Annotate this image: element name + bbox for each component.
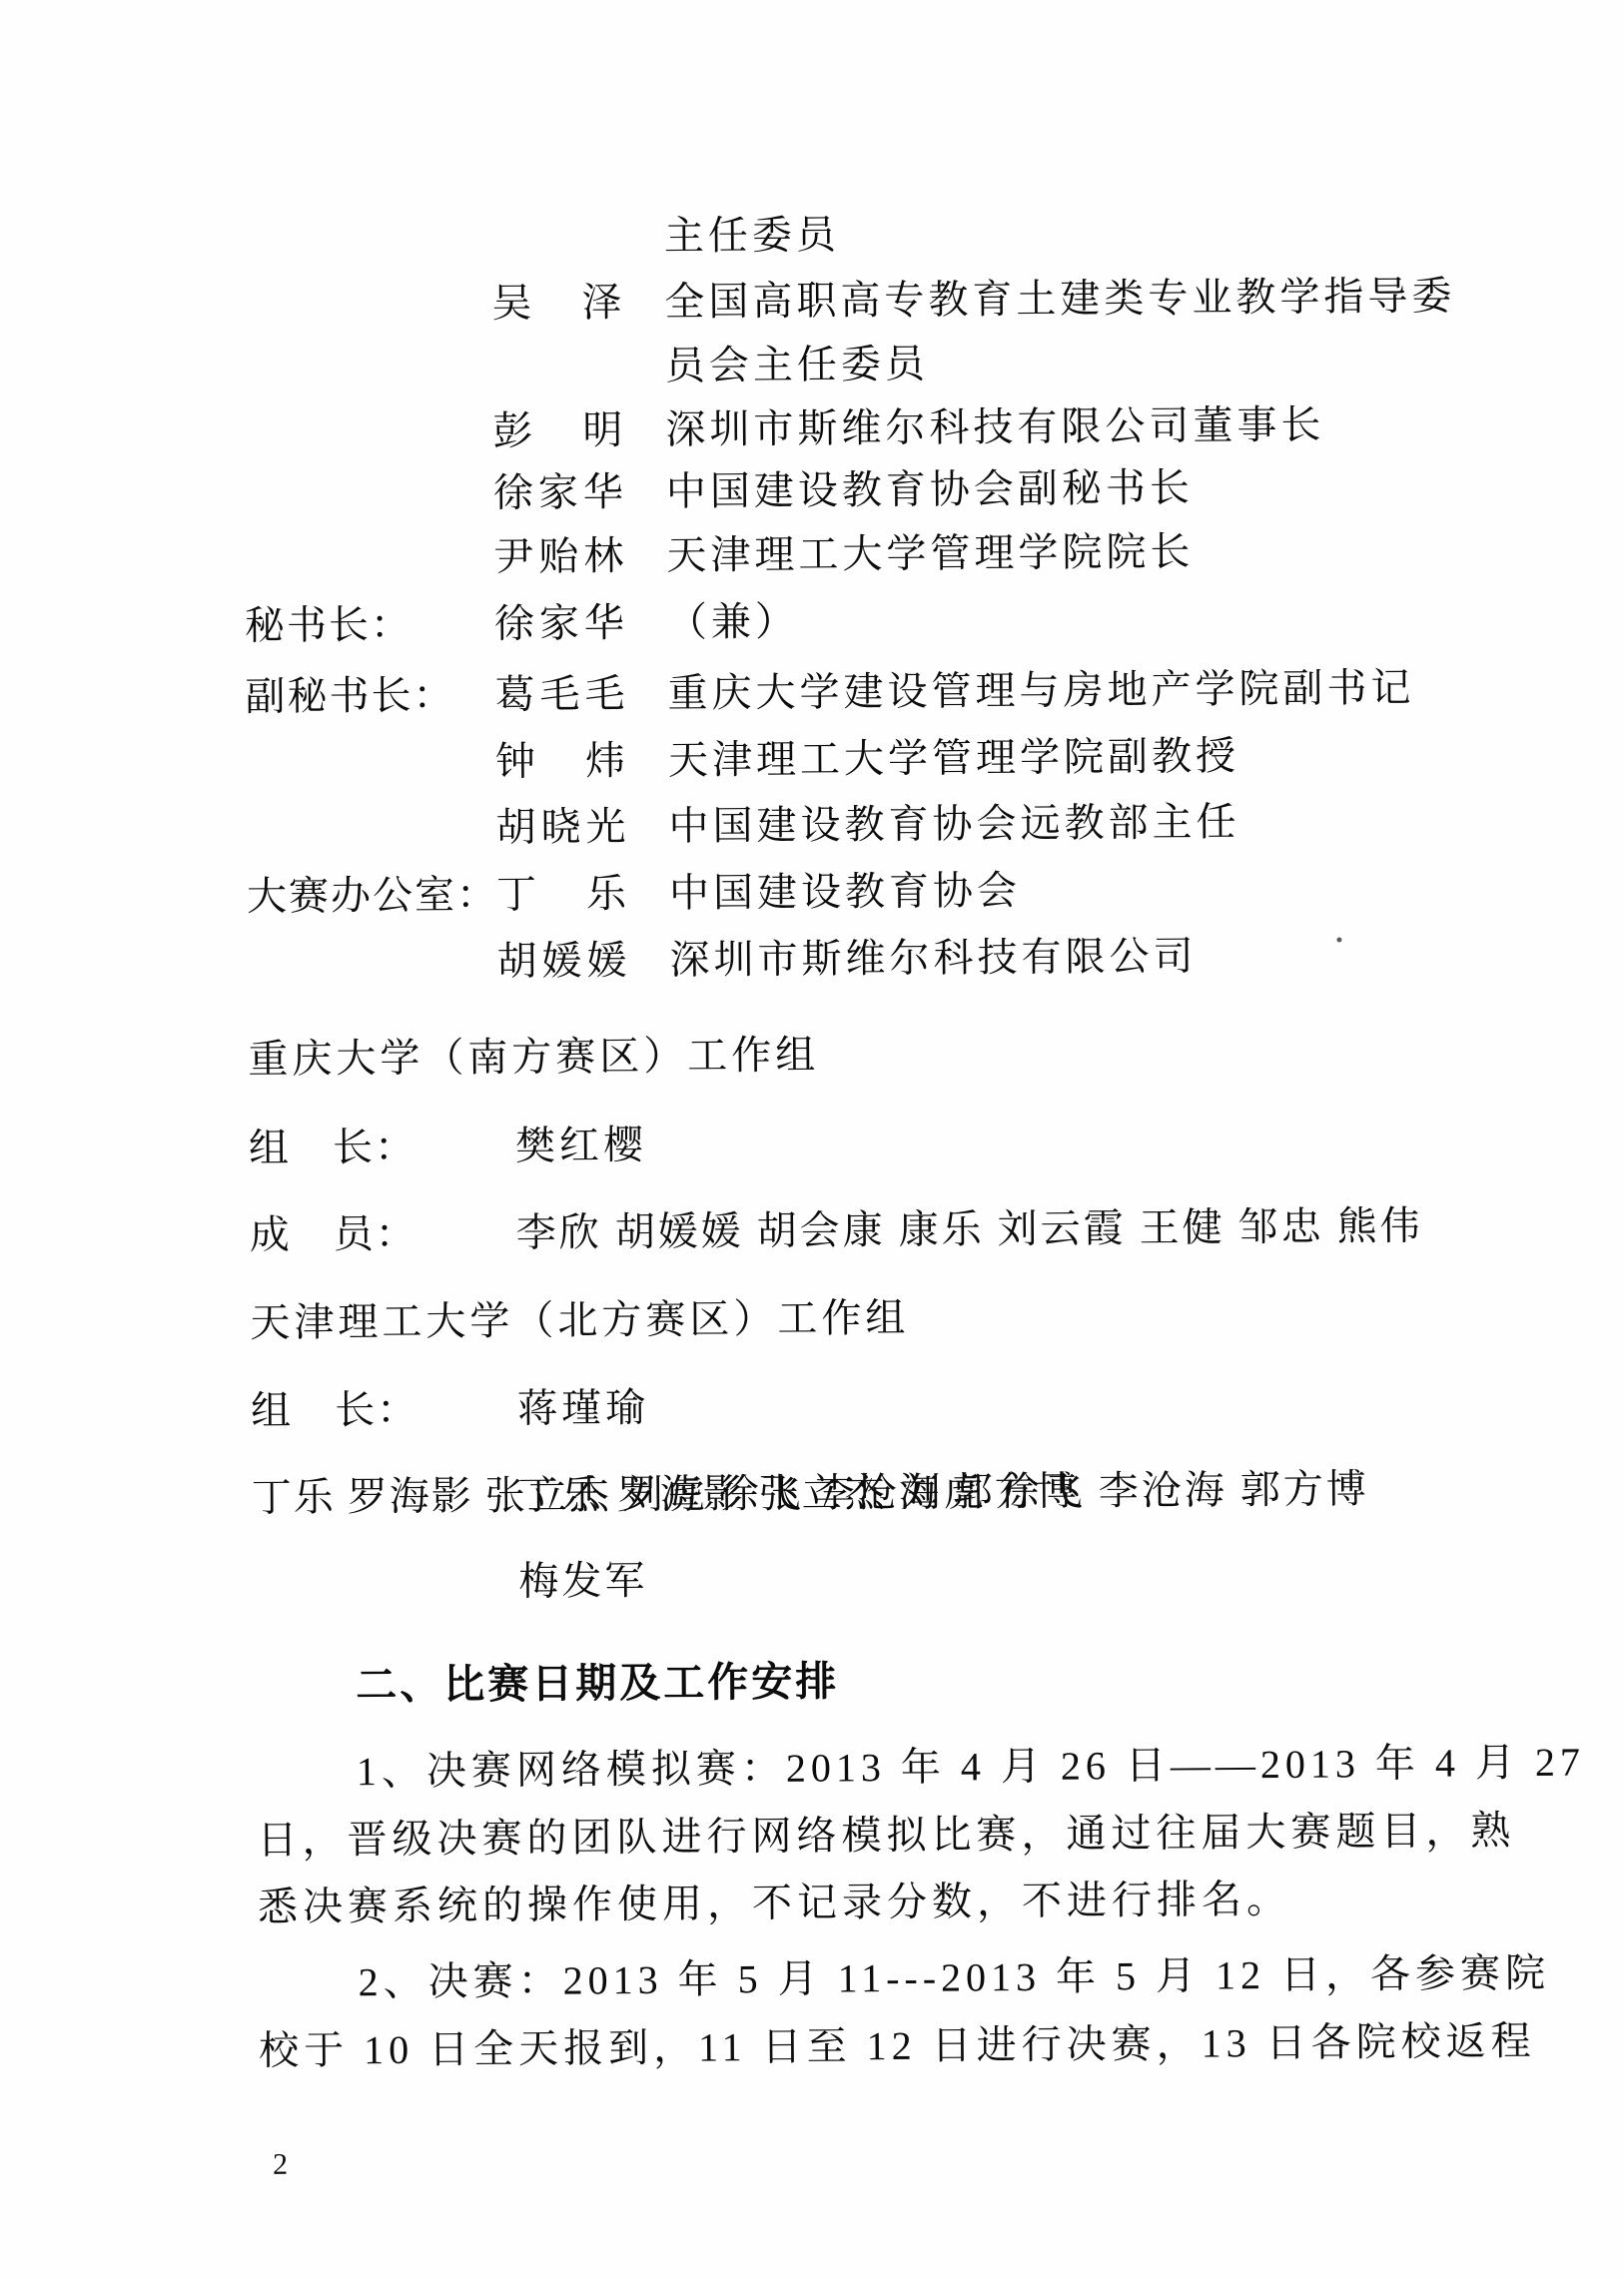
roster-row: 秘书长：徐家华（兼） bbox=[245, 589, 800, 659]
person-desc: （兼） bbox=[667, 599, 799, 645]
page-number: 2 bbox=[273, 2145, 288, 2185]
person-desc: 中国建设教育协会远教部主任 bbox=[668, 799, 1239, 848]
role-label bbox=[243, 335, 493, 402]
person-name: 彭 明 bbox=[492, 397, 623, 464]
roster-row: 钟 炜天津理工大学管理学院副教授 bbox=[246, 723, 1239, 797]
person-name: 吴 泽 bbox=[491, 270, 622, 337]
role-label: 大赛办公室： bbox=[247, 862, 497, 930]
members-names: 李欣 胡媛媛 胡会康 康乐 刘云霞 王健 邹忠 熊伟 bbox=[516, 1203, 1423, 1255]
person-name: 胡晓光 bbox=[495, 794, 626, 861]
person-desc: 主任委员 bbox=[664, 212, 840, 258]
members-names: 丁乐 罗海影 张立杰 刘虎 徐飞 李沧海 郭方博 bbox=[518, 1466, 1369, 1518]
person-name: 钟 炜 bbox=[495, 728, 626, 795]
person-desc: 深圳市斯维尔科技有限公司 bbox=[669, 934, 1197, 983]
person-desc: 中国建设教育协会 bbox=[669, 868, 1021, 916]
paragraph-line: 日，晋级决赛的团队进行网络模拟比赛，通过往届大赛题目，熟 bbox=[257, 1798, 1515, 1874]
group-members-row: 丁乐 罗海影 张立杰 刘虎 徐飞 李沧海 郭方博 bbox=[252, 1456, 1369, 1531]
person-desc: 中国建设教育协会副秘书长 bbox=[666, 465, 1194, 514]
person-name: 徐家华 bbox=[494, 590, 625, 657]
group-leader-row: 组 长：蒋瑾瑜 bbox=[251, 1375, 650, 1444]
role-label bbox=[242, 271, 492, 339]
person-name: 尹贻林 bbox=[493, 523, 624, 590]
leader-label: 组 长： bbox=[249, 1114, 516, 1181]
leader-label: 组 长： bbox=[251, 1376, 518, 1444]
role-label: 秘书长： bbox=[245, 591, 495, 659]
group-members-row: 成 员：李欣 胡媛媛 胡会康 康乐 刘云霞 王健 邹忠 熊伟 bbox=[249, 1193, 1422, 1268]
person-desc: 天津理工大学管理学院院长 bbox=[666, 529, 1194, 578]
roster-row: 副秘书长：葛毛毛重庆大学建设管理与房地产学院副书记 bbox=[245, 655, 1414, 730]
leader-name: 樊红樱 bbox=[515, 1123, 647, 1168]
role-label bbox=[247, 929, 497, 997]
person-name: 丁 乐 bbox=[496, 861, 627, 928]
roster-row: 胡晓光中国建设教育协会远教部主任 bbox=[246, 789, 1239, 863]
paragraph-line: 1、决赛网络模拟赛：2013 年 4 月 26 日——2013 年 4 月 27 bbox=[357, 1730, 1585, 1806]
ink-speck bbox=[1336, 937, 1341, 942]
person-desc: 重庆大学建设管理与房地产学院副书记 bbox=[667, 665, 1414, 716]
group-members-cont-row: 梅发军 bbox=[252, 1548, 648, 1617]
paragraph-line: 校于 10 日全天报到，11 日至 12 日进行决赛，13 日各院校返程 bbox=[259, 2008, 1536, 2084]
group-title: 天津理工大学（北方赛区）工作组 bbox=[250, 1285, 909, 1356]
group-title: 重庆大学（南方赛区）工作组 bbox=[248, 1023, 820, 1093]
roster-row: 员会主任委员 bbox=[243, 332, 929, 402]
roster-row: 徐家华中国建设教育协会副秘书长 bbox=[244, 455, 1194, 528]
roster-row: 尹贻林天津理工大学管理学院院长 bbox=[244, 519, 1194, 592]
role-label bbox=[243, 398, 493, 466]
role-label bbox=[246, 795, 496, 863]
roster-row: 主任委员 bbox=[242, 202, 840, 273]
person-desc: 员会主任委员 bbox=[665, 342, 929, 388]
person-name: 徐家华 bbox=[493, 459, 624, 526]
leader-name: 蒋瑾瑜 bbox=[517, 1385, 649, 1431]
roster-row: 胡媛媛深圳市斯维尔科技有限公司 bbox=[247, 924, 1197, 997]
person-name: 胡媛媛 bbox=[496, 928, 627, 995]
members-label-spacer bbox=[252, 1549, 519, 1617]
person-name bbox=[491, 204, 622, 271]
members-names-cont: 梅发军 bbox=[518, 1558, 647, 1604]
roster-row: 大赛办公室：丁 乐中国建设教育协会 bbox=[247, 858, 1021, 930]
role-label bbox=[244, 524, 494, 592]
members-label: 成 员： bbox=[249, 1200, 516, 1268]
section-heading: 二、比赛日期及工作安排 bbox=[356, 1648, 840, 1718]
person-name bbox=[492, 334, 623, 400]
roster-row: 吴 泽全国高职高专教育土建类专业教学指导委 bbox=[242, 264, 1455, 340]
role-label bbox=[242, 205, 492, 273]
scan-sheet: 主任委员 吴 泽全国高职高专教育土建类专业教学指导委 员会主任委员 彭 明深圳市… bbox=[0, 0, 1624, 2279]
role-label bbox=[246, 729, 496, 797]
paragraph-line: 2、决赛：2013 年 5 月 11---2013 年 5 月 12 日，各参赛… bbox=[358, 1940, 1550, 2015]
group-leader-row: 组 长：樊红樱 bbox=[249, 1113, 648, 1181]
members-label-spacer bbox=[252, 1463, 519, 1531]
role-label: 副秘书长： bbox=[245, 662, 495, 730]
person-name: 葛毛毛 bbox=[494, 661, 625, 728]
person-desc: 深圳市斯维尔科技有限公司董事长 bbox=[665, 402, 1324, 452]
scanned-document-page: 主任委员 吴 泽全国高职高专教育土建类专业教学指导委 员会主任委员 彭 明深圳市… bbox=[0, 0, 1624, 2279]
role-label bbox=[244, 460, 494, 528]
paragraph-line: 悉决赛系统的操作使用，不记录分数，不进行排名。 bbox=[258, 1867, 1291, 1940]
person-desc: 天津理工大学管理学院副教授 bbox=[668, 733, 1239, 782]
person-desc: 全国高职高专教育土建类专业教学指导委 bbox=[664, 274, 1455, 325]
